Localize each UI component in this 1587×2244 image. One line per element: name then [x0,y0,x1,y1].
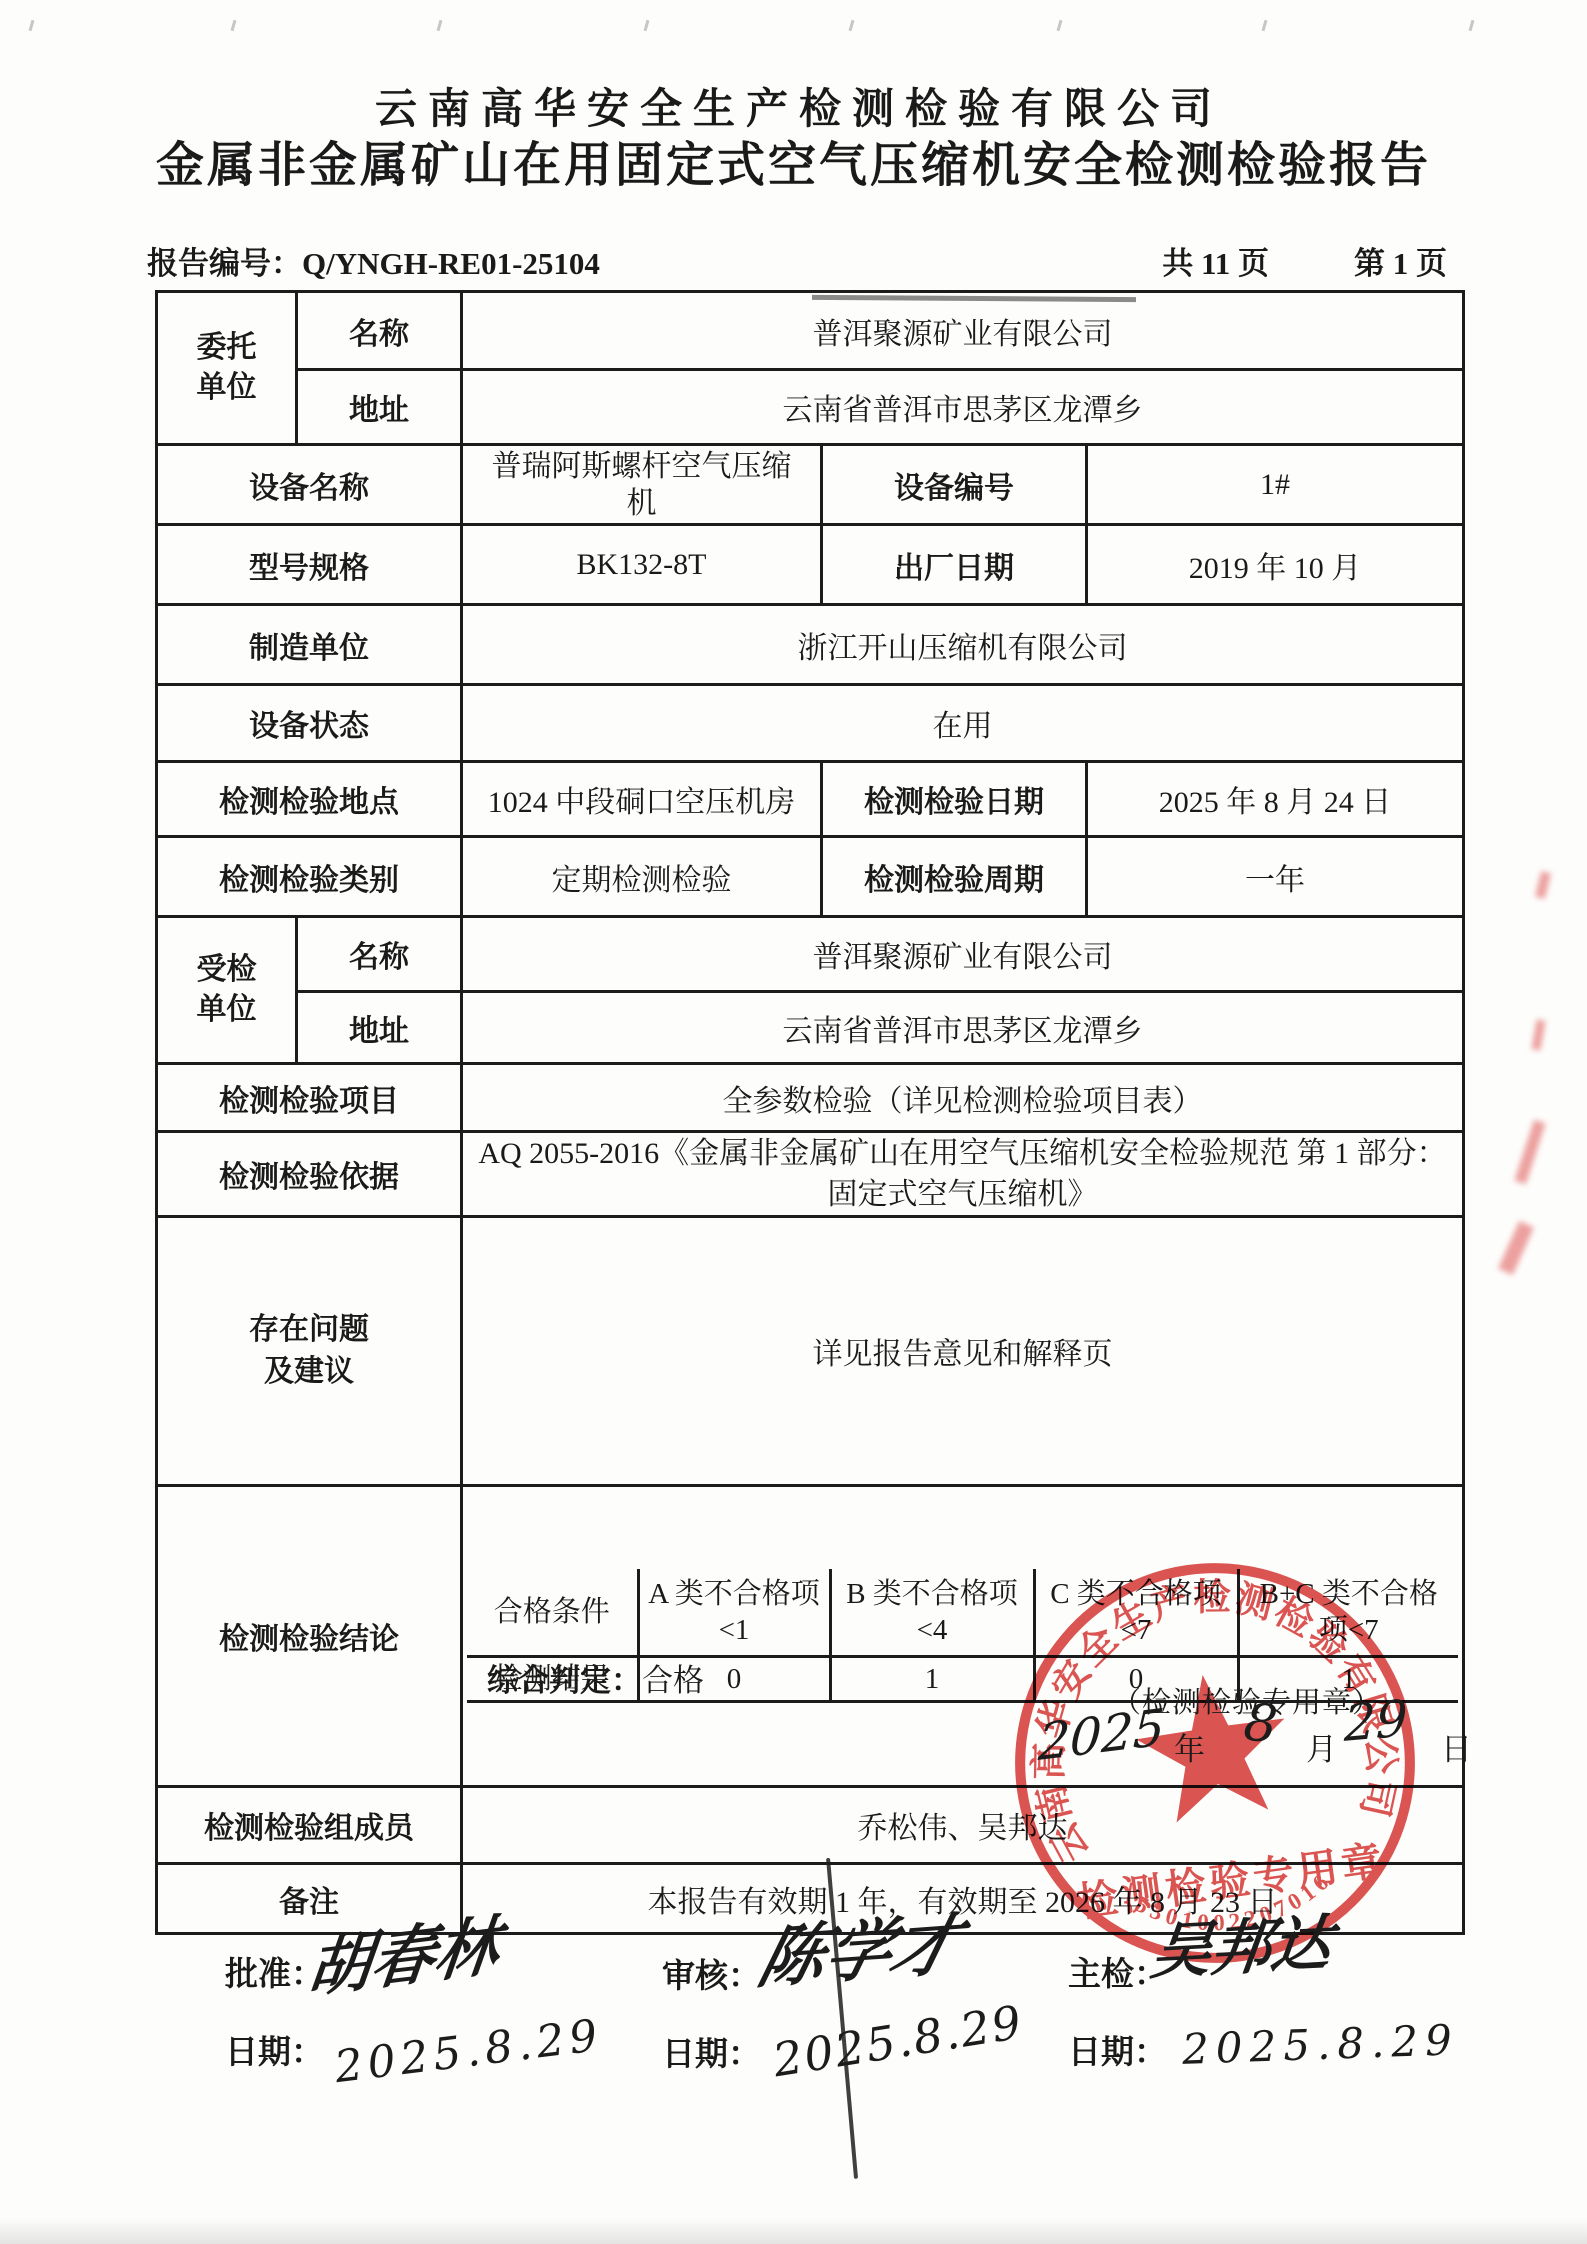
inspection-date-value: 2025 年 8 月 24 日 [1087,762,1464,837]
model-label: 型号规格 [157,525,462,605]
location-value: 1024 中段硐口空压机房 [462,762,822,837]
verdict-line: 综合判定：合格 [487,1655,704,1700]
chief-date: 2025.8.29 [1181,2015,1459,2074]
basis-value: AQ 2055-2016《金属非金属矿山在用空气压缩机安全检验规范 第 1 部分… [462,1132,1464,1217]
manufacturer-value: 浙江开山压缩机有限公司 [462,605,1464,685]
items-value: 全参数检验（详见检测检验项目表） [462,1064,1464,1132]
manufacturer-label: 制造单位 [157,605,462,685]
criteria-label: 合格条件 [467,1569,638,1657]
scan-shadow [0,2218,1587,2244]
problems-label: 存在问题 及建议 [157,1217,462,1486]
report-number-label: 报告编号： [147,246,302,281]
problems-value: 详见报告意见和解释页 [462,1217,1464,1486]
cycle-label: 检测检验周期 [822,837,1087,917]
fold-mark [29,20,35,31]
month-char: 月 [1306,1724,1337,1769]
conclusion-label: 检测检验结论 [157,1486,462,1787]
page-counts: 共 11 页第 1 页 [1077,238,1447,283]
day-char: 日 [1441,1724,1472,1769]
equipment-name-label: 设备名称 [157,445,462,525]
page-current: 第 1 页 [1354,246,1447,281]
location-label: 检测检验地点 [157,762,462,837]
fold-mark [849,20,855,31]
review-label: 审核： [662,1950,761,1997]
inspected-addr-value: 云南省普洱市思茅区龙潭乡 [462,992,1464,1064]
ink-bleed-artifact [1535,871,1551,899]
client-name-value: 普洱聚源矿业有限公司 [462,292,1464,370]
pages-total: 共 11 页 [1162,246,1269,281]
fold-mark [437,20,443,31]
inspection-date-label: 检测检验日期 [822,762,1087,837]
status-label: 设备状态 [157,685,462,762]
status-value: 在用 [462,685,1464,762]
report-number-value: Q/YNGH-RE01-25104 [302,246,600,281]
criteria-class-a: A 类不合格项<1 [638,1569,830,1657]
report-page: 云南高华安全生产检测检验有限公司 金属非金属矿山在用固定式空气压缩机安全检测检验… [0,0,1587,2244]
items-label: 检测检验项目 [157,1064,462,1132]
report-title: 金属非金属矿山在用固定式空气压缩机安全检测检验报告 [0,126,1587,195]
chief-signature: 吴邦达 [1147,1895,1337,1991]
equipment-no-value: 1# [1087,445,1464,525]
verdict-label: 综合判定： [487,1663,642,1698]
client-addr-label: 地址 [297,370,462,445]
mfg-date-value: 2019 年 10 月 [1087,525,1464,605]
report-meta: 报告编号：Q/YNGH-RE01-25104 共 11 页第 1 页 [147,238,1447,283]
inspected-name-label: 名称 [297,917,462,992]
report-number: 报告编号：Q/YNGH-RE01-25104 [147,238,600,283]
fold-mark [1057,20,1063,31]
approve-date-label: 日期： [225,2026,324,2073]
mfg-date-label: 出厂日期 [822,525,1087,605]
ink-bleed-artifact [1498,1221,1534,1275]
client-group-label: 委托单位 [157,292,297,445]
fold-mark [644,20,650,31]
inspected-name-value: 普洱聚源矿业有限公司 [462,917,1464,992]
fold-mark [231,20,237,31]
client-name-label: 名称 [297,292,462,370]
review-signature: 陈学才 [750,1890,972,2001]
approve-date: 2025.8.29 [332,2010,605,2093]
equipment-no-label: 设备编号 [822,445,1087,525]
team-label: 检测检验组成员 [157,1787,462,1864]
review-date: 2025.8.29 [769,1995,1026,2088]
verdict-value: 合格 [642,1663,704,1698]
cycle-value: 一年 [1087,837,1464,917]
fold-mark [1262,20,1268,31]
inspected-addr-label: 地址 [297,992,462,1064]
basis-label: 检测检验依据 [157,1132,462,1217]
inspected-group-label: 受检单位 [157,917,297,1064]
category-value: 定期检测检验 [462,837,822,917]
model-value: BK132-8T [462,525,822,605]
ink-bleed-artifact [1514,1120,1545,1185]
client-addr-value: 云南省普洱市思茅区龙潭乡 [462,370,1464,445]
handwritten-day: 29 [1344,1689,1408,1753]
fold-mark [1469,20,1475,31]
ink-bleed-artifact [1531,1019,1545,1050]
chief-date-label: 日期： [1068,2026,1167,2073]
handwritten-month: 8 [1241,1692,1280,1755]
equipment-name-value: 普瑞阿斯螺杆空气压缩机 [462,445,822,525]
category-label: 检测检验类别 [157,837,462,917]
year-char: 年 [1174,1724,1205,1769]
review-date-label: 日期： [662,2028,761,2075]
